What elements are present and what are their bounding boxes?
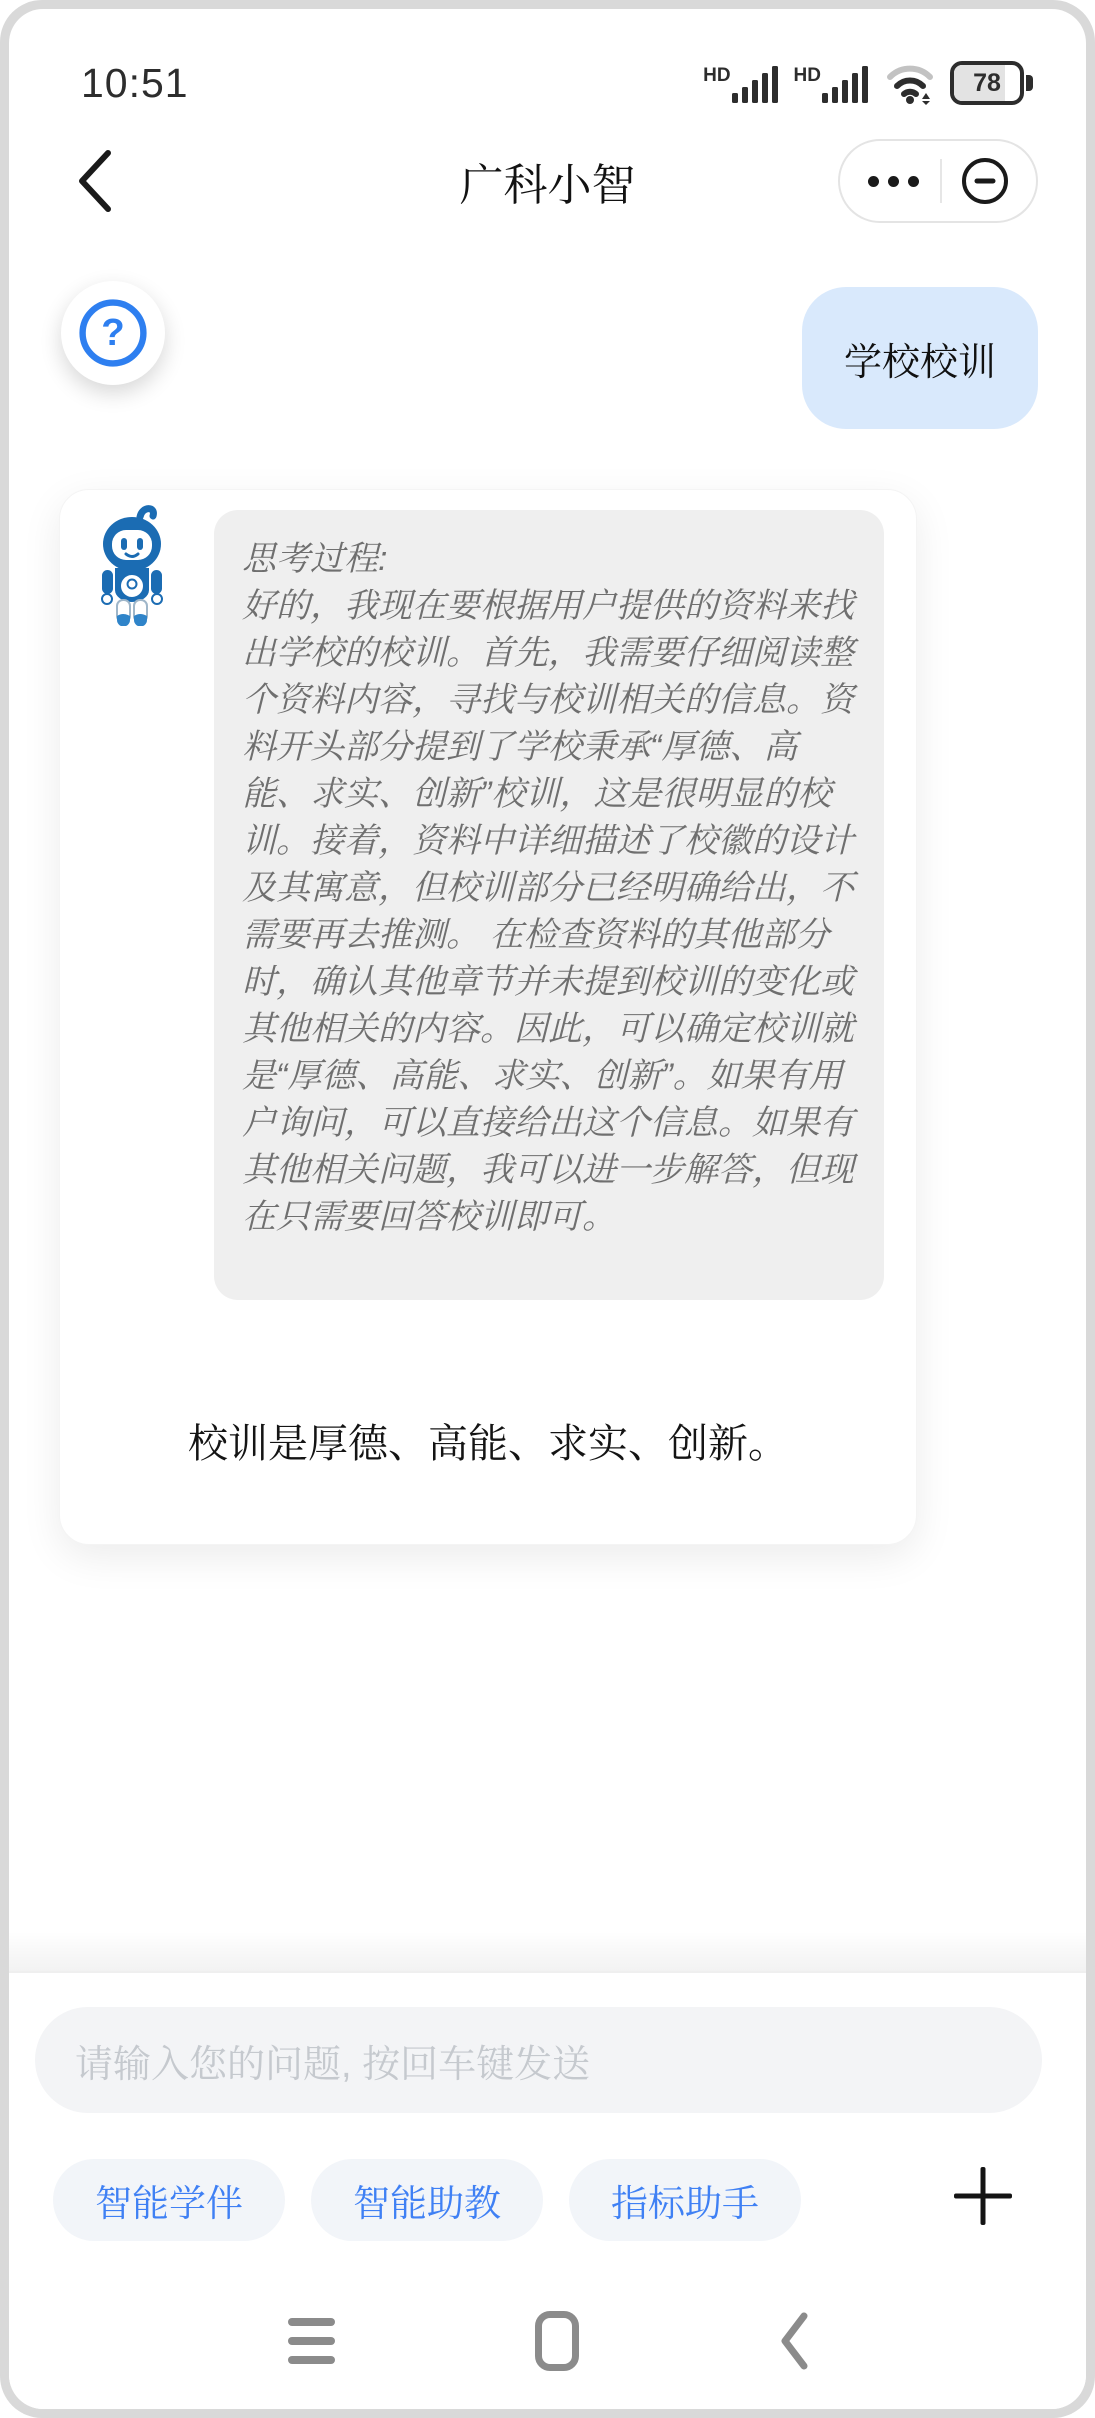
bot-message-card: 思考过程: 好的，我现在要根据用户提供的资料来找出学校的校训。首先，我需要仔细阅… xyxy=(59,489,917,1545)
thinking-text: 好的，我现在要根据用户提供的资料来找出学校的校训。首先，我需要仔细阅读整个资料内… xyxy=(242,583,856,1241)
battery-percent: 78 xyxy=(973,69,1001,98)
user-message-bubble: 学校校训 xyxy=(802,287,1038,429)
thinking-title: 思考过程: xyxy=(242,536,856,583)
quick-action-button-1[interactable]: 智能学伴 xyxy=(53,2159,285,2241)
answer-text: 校训是厚德、高能、求实、创新。 xyxy=(60,1412,916,1469)
recents-icon[interactable] xyxy=(288,2318,335,2364)
capsule-divider xyxy=(940,159,942,203)
android-nav-bar xyxy=(288,2303,808,2379)
home-icon[interactable] xyxy=(535,2311,579,2371)
quick-action-button-3[interactable]: 指标助手 xyxy=(569,2159,801,2241)
signal-bars-icon xyxy=(822,63,870,103)
quick-action-button-2[interactable]: 智能助教 xyxy=(311,2159,543,2241)
cell-signal-icon-sim1: HD xyxy=(703,63,779,103)
input-placeholder: 请输入您的问题, 按回车键发送 xyxy=(75,2033,590,2088)
help-button[interactable]: ? xyxy=(61,281,165,385)
quick-actions-row: 智能学伴 智能助教 指标助手 xyxy=(53,2159,801,2241)
device-frame: 10:51 HD HD xyxy=(0,0,1095,2418)
status-icons: HD HD xyxy=(703,61,1024,105)
battery-icon: 78 xyxy=(950,61,1024,105)
signal-bars-icon xyxy=(732,63,780,103)
miniprogram-capsule xyxy=(838,139,1038,223)
svg-text:?: ? xyxy=(101,311,124,354)
wifi-icon xyxy=(884,61,936,105)
message-input[interactable]: 请输入您的问题, 按回车键发送 xyxy=(35,2007,1042,2113)
status-time: 10:51 xyxy=(81,60,189,107)
bot-avatar xyxy=(96,504,168,626)
android-back-icon[interactable] xyxy=(780,2312,808,2370)
hd-label-sim2: HD xyxy=(794,65,821,87)
question-icon: ? xyxy=(73,293,153,373)
minimize-icon[interactable] xyxy=(962,158,1008,204)
cell-signal-icon-sim2: HD xyxy=(794,63,870,103)
more-icon[interactable] xyxy=(868,176,919,187)
nav-bar: 广科小智 xyxy=(9,131,1086,231)
add-button[interactable] xyxy=(954,2167,1012,2225)
status-bar: 10:51 HD HD xyxy=(81,57,1024,109)
thinking-box: 思考过程: 好的，我现在要根据用户提供的资料来找出学校的校训。首先，我需要仔细阅… xyxy=(214,510,884,1300)
hd-label-sim1: HD xyxy=(703,65,730,87)
screen: 10:51 HD HD xyxy=(9,9,1086,2409)
